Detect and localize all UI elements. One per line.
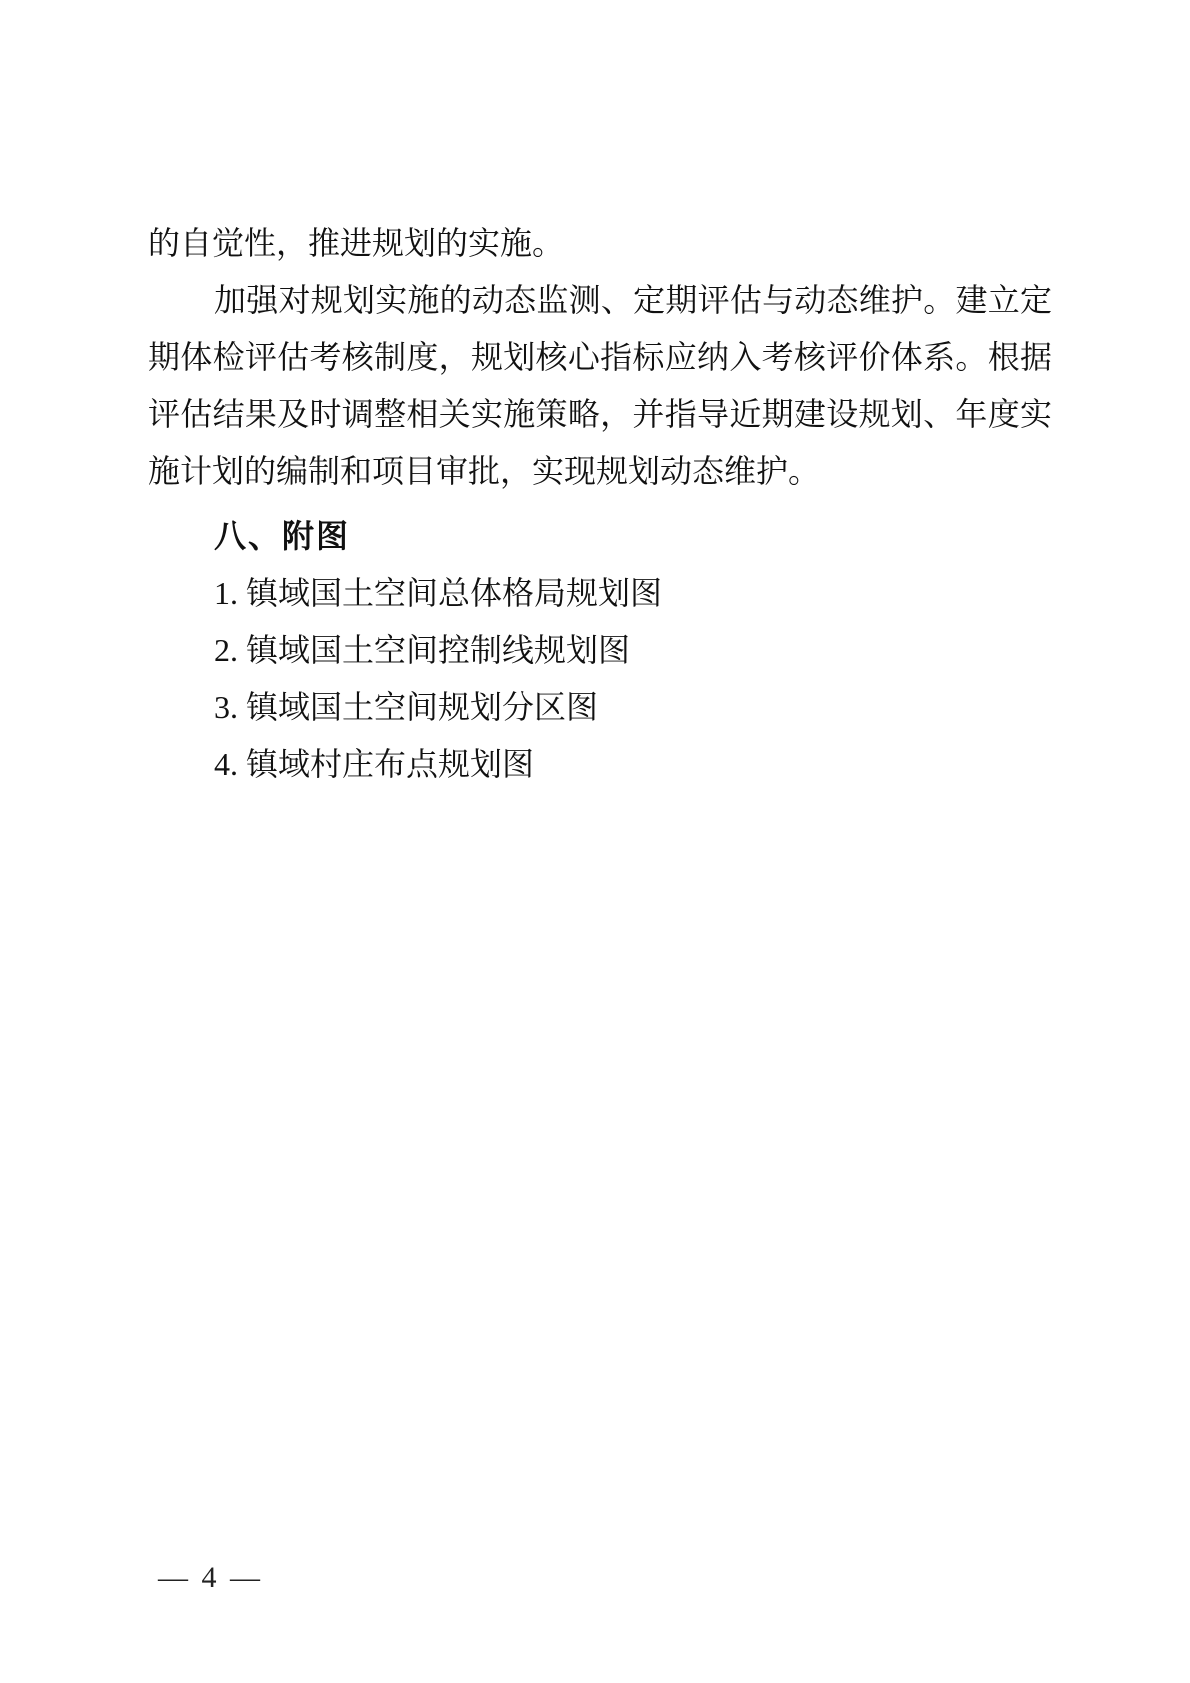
paragraph-implementation: 加强对规划实施的动态监测、定期评估与动态维护。建立定期体检评估考核制度，规划核心… [148, 272, 1052, 500]
list-item-map-1: 1. 镇域国土空间总体格局规划图 [148, 565, 1052, 622]
page-number: — 4 — [158, 1560, 263, 1596]
document-page: 的自觉性，推进规划的实施。 加强对规划实施的动态监测、定期评估与动态维护。建立定… [0, 0, 1190, 1683]
list-item-map-3: 3. 镇域国土空间规划分区图 [148, 679, 1052, 736]
section-heading-attached-maps: 八、附图 [148, 508, 1052, 565]
list-item-map-2: 2. 镇域国土空间控制线规划图 [148, 622, 1052, 679]
paragraph-continuation: 的自觉性，推进规划的实施。 [148, 215, 1052, 272]
document-body: 的自觉性，推进规划的实施。 加强对规划实施的动态监测、定期评估与动态维护。建立定… [148, 215, 1052, 793]
list-item-map-4: 4. 镇域村庄布点规划图 [148, 736, 1052, 793]
